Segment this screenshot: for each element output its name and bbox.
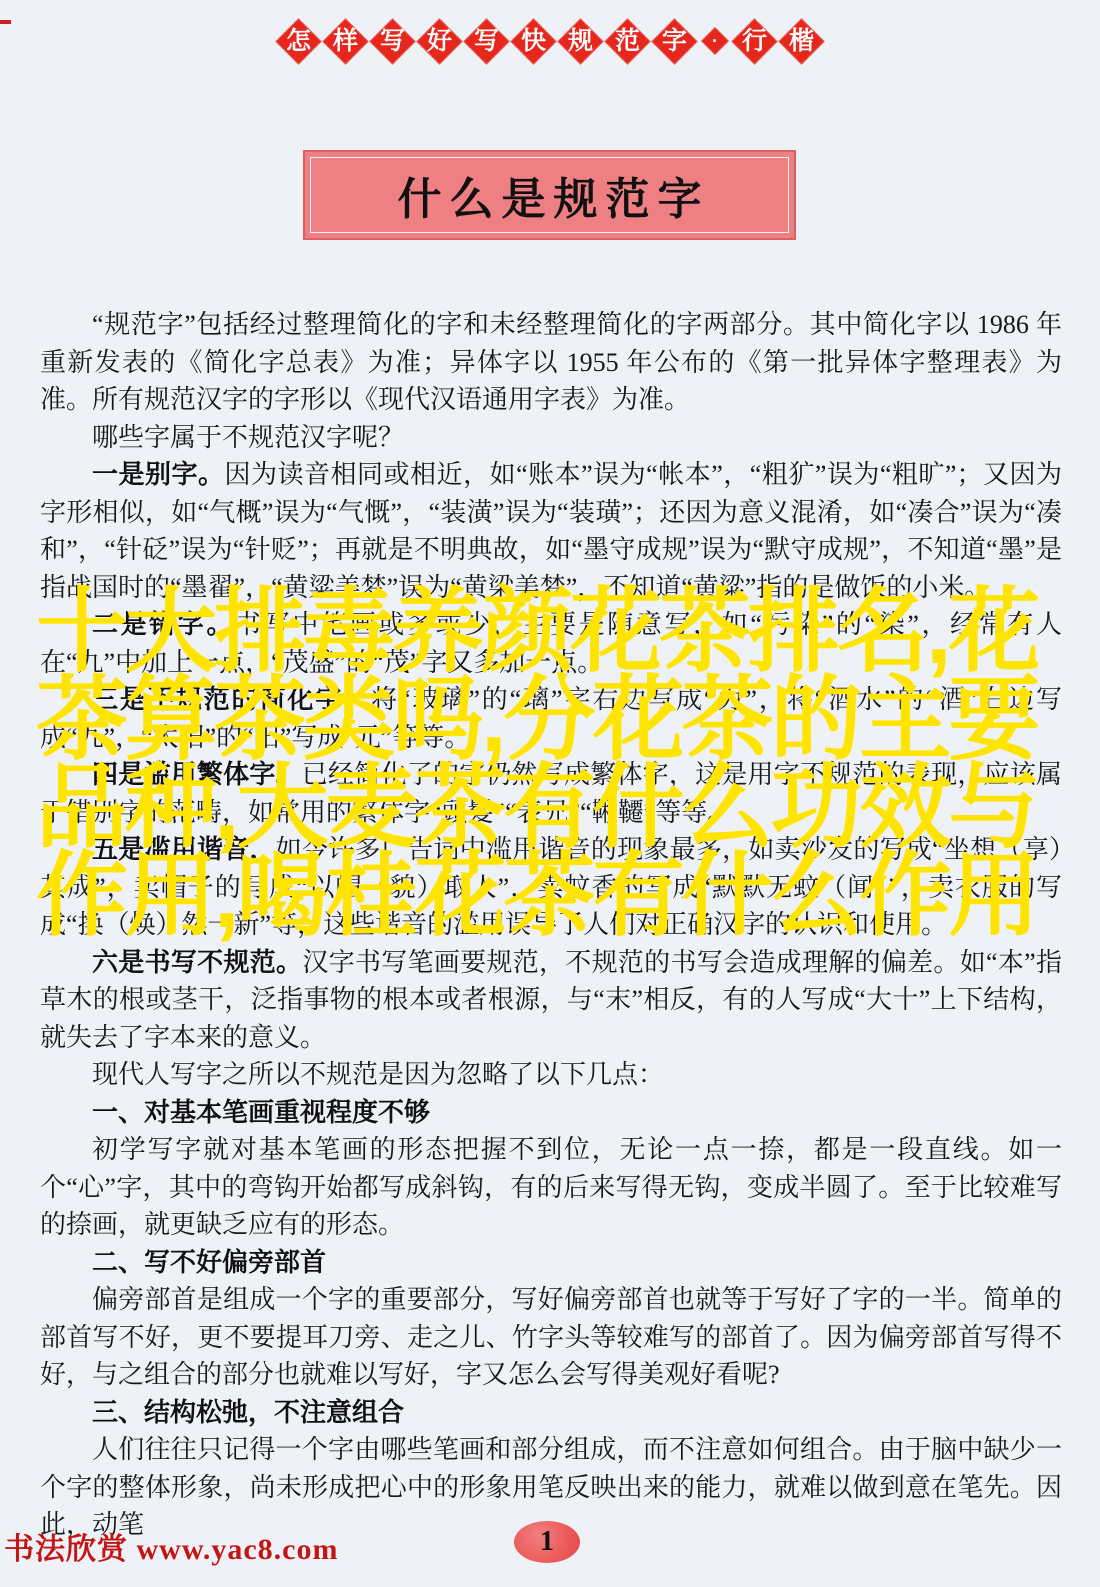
header-diamond: 写 — [463, 18, 510, 65]
header-character: 规 — [568, 28, 593, 53]
article: “规范字”包括经过整理简化的字和未经整理简化的字两部分。其中简化字以 1986 … — [40, 306, 1062, 1544]
header-diamond: 样 — [322, 18, 369, 65]
body-paragraph: 哪些字属于不规范汉字呢？ — [40, 419, 1062, 457]
header-diamond: 楷 — [778, 18, 825, 65]
body-paragraph: 四是滥用繁体字。已经简化了的字仍然写成繁体字，这是用字不规范的表现，应该属于错别… — [40, 756, 1062, 831]
paragraph-text: 现代人写字之所以不规范是因为忽略了以下几点： — [92, 1060, 664, 1089]
header-banner: 怎样写好写快规范字·行楷 — [0, 16, 1100, 66]
paragraph-text: “规范字”包括经过整理简化的字和未经整理简化的字两部分。其中简化字以 1986 … — [40, 310, 1062, 414]
header-diamond: · — [698, 25, 731, 58]
header-diamond: 字 — [651, 18, 698, 65]
footer-site-text: 书法欣赏 www.yac8.com — [4, 1524, 338, 1568]
body-paragraph: 三是不规范的简化字，将“玻璃”的“璃”字右边写成“力”，将“酒水”的“酒”右边写… — [40, 681, 1062, 756]
header-diamond: 好 — [416, 18, 463, 65]
paragraph-text: 哪些字属于不规范汉字呢？ — [92, 423, 404, 452]
header-character: 行 — [742, 28, 767, 53]
scanned-book-page: 怎样写好写快规范字·行楷 什么是规范字 “规范字”包括经过整理简化的字和未经整理… — [0, 0, 1100, 1587]
paragraph-text: 初学写字就对基本笔画的形态把握不到位，无论一点一捺，都是一段直线。如一个“心”字… — [40, 1135, 1062, 1239]
header-character: 好 — [427, 28, 452, 53]
header-character: 范 — [615, 28, 640, 53]
header-character: 快 — [521, 28, 546, 53]
paragraph-lead: 四是滥用繁体字。 — [92, 759, 302, 789]
header-diamond: 行 — [731, 18, 778, 65]
paragraph-lead: 一是别字。 — [92, 459, 225, 489]
body-paragraph: 偏旁部首是组成一个字的重要部分，写好偏旁部首也就等于写好了字的一半。简单的部首写… — [40, 1281, 1062, 1394]
paragraph-text: 偏旁部首是组成一个字的重要部分，写好偏旁部首也就等于写好了字的一半。简单的部首写… — [40, 1285, 1062, 1389]
header-character: 楷 — [789, 28, 814, 53]
header-diamond: 规 — [557, 18, 604, 65]
body-paragraph: 六是书写不规范。汉字书写笔画要规范，不规范的书写会造成理解的偏差。如“本”指草木… — [40, 944, 1062, 1057]
body-paragraph: 三、结构松弛，不注意组合 — [40, 1394, 1062, 1432]
body-paragraph: 五是滥用谐音，如今许多广告词中滥用谐音的现象最多，如卖沙发的写成“坐想（享）其成… — [40, 831, 1062, 944]
header-character: · — [712, 32, 718, 50]
page-number: 1 — [540, 1528, 554, 1556]
page-title: 什么是规范字 — [390, 163, 710, 227]
paragraph-lead: 二是错字。 — [92, 609, 235, 639]
header-diamond: 范 — [604, 18, 651, 65]
body-paragraph: 二是错字。书写中笔画或多或少，主要是随意写，如“污染”的“染”，经常有人在“九”… — [40, 606, 1062, 681]
body-paragraph: 现代人写字之所以不规范是因为忽略了以下几点： — [40, 1056, 1062, 1094]
paragraph-lead: 二、写不好偏旁部首 — [92, 1247, 326, 1277]
paragraph-lead: 五是滥用谐音， — [92, 834, 276, 864]
header-character: 怎 — [286, 28, 311, 53]
body-paragraph: “规范字”包括经过整理简化的字和未经整理简化的字两部分。其中简化字以 1986 … — [40, 306, 1062, 419]
page-number-badge: 1 — [514, 1521, 580, 1563]
paragraph-lead: 三是不规范的简化字， — [92, 684, 371, 714]
body-paragraph: 初学写字就对基本笔画的形态把握不到位，无论一点一捺，都是一段直线。如一个“心”字… — [40, 1131, 1062, 1244]
header-diamond: 怎 — [275, 18, 322, 65]
body-paragraph: 一、对基本笔画重视程度不够 — [40, 1094, 1062, 1132]
body-paragraph: 二、写不好偏旁部首 — [40, 1244, 1062, 1282]
paragraph-lead: 六是书写不规范。 — [92, 947, 302, 977]
header-diamond: 写 — [369, 18, 416, 65]
paragraph-lead: 一、对基本笔画重视程度不够 — [92, 1097, 430, 1127]
chapter-title-box: 什么是规范字 — [303, 150, 796, 240]
header-character: 样 — [333, 28, 358, 53]
header-diamond: 快 — [510, 18, 557, 65]
body-paragraph: 一是别字。因为读音相同或相近，如“账本”误为“帐本”，“粗犷”误为“粗旷”；又因… — [40, 456, 1062, 606]
paragraph-lead: 三、结构松弛，不注意组合 — [92, 1397, 404, 1427]
header-character: 字 — [662, 28, 687, 53]
header-character: 写 — [474, 28, 499, 53]
header-character: 写 — [380, 28, 405, 53]
